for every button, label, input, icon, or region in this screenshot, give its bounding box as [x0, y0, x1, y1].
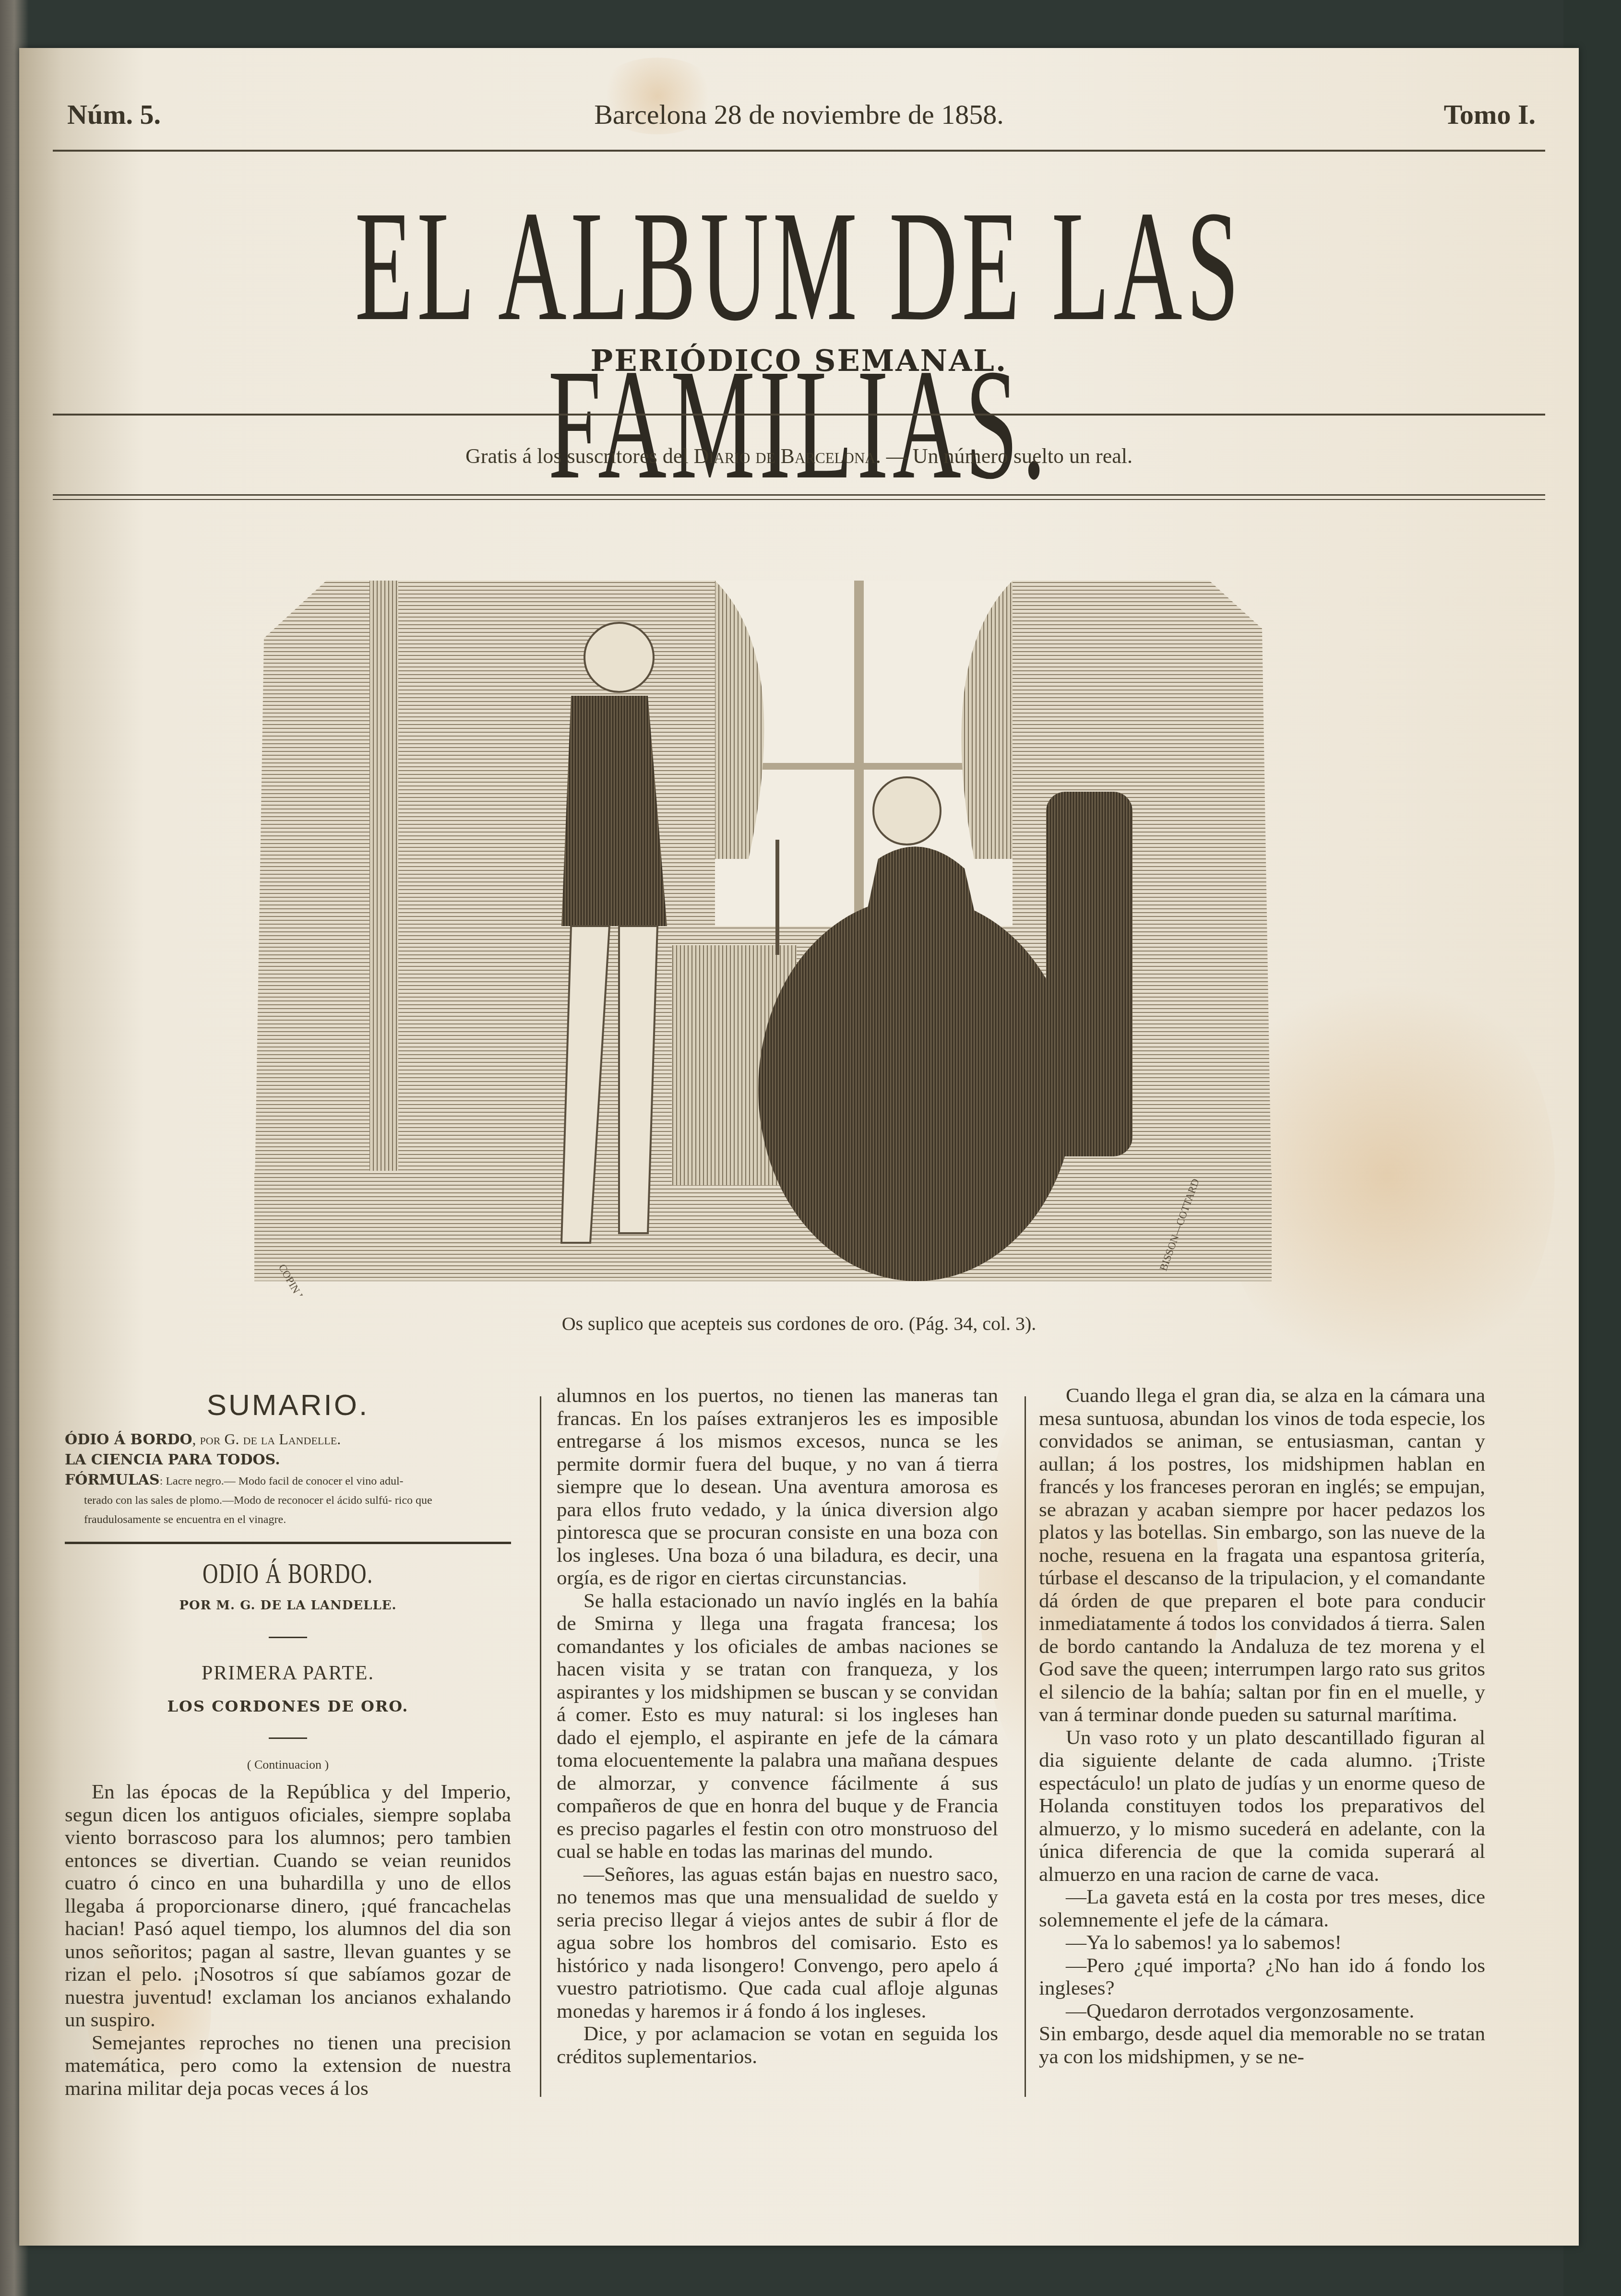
column-1: SUMARIO. ÓDIO Á BORDO, por G. de la Land… — [65, 1384, 511, 2100]
paragraph: —Quedaron derrotados vergonzosamente. — [1039, 2000, 1485, 2023]
column-2: alumnos en los puertos, no tienen las ma… — [557, 1384, 998, 2068]
story-title: ODIO Á BORDO. — [120, 1562, 455, 1585]
paragraph: Un vaso roto y un plato descantillado fi… — [1039, 1726, 1485, 1886]
paragraph: Sin embargo, desde aquel dia memorable n… — [1039, 2022, 1485, 2068]
volume-number: Tomo I. — [1444, 98, 1536, 131]
sumario-rule — [65, 1542, 511, 1544]
paragraph: —Pero ¿qué importa? ¿No han ido á fondo … — [1039, 1954, 1485, 2000]
header-rule — [53, 414, 1545, 416]
paragraph: Semejantes reproches no tienen una preci… — [65, 2032, 511, 2100]
engraving-illustration: COPIN ET C. NARADAN BISSON—COTTARD — [226, 561, 1281, 1296]
header-double-rule — [53, 499, 1545, 500]
subscription-suffix: . — Un número suelto un real. — [876, 444, 1132, 468]
paragraph: Se halla estacionado un navío inglés en … — [557, 1590, 998, 1863]
sumario-item-rest: : Lacre negro.— Modo facil de conocer el… — [160, 1475, 404, 1487]
short-rule — [269, 1737, 307, 1739]
sumario-subtext: terado con las sales de plomo.—Modo de r… — [65, 1491, 511, 1529]
subscription-paper-name: Diario de Barcelona — [693, 444, 875, 468]
short-rule — [269, 1637, 307, 1638]
masthead-rule — [53, 150, 1545, 152]
newspaper-page: Núm. 5. Barcelona 28 de noviembre de 185… — [19, 48, 1579, 2246]
subscription-note: Gratis á los suscritores del Diario de B… — [19, 444, 1579, 468]
paragraph: En las épocas de la República y del Impe… — [65, 1781, 511, 2032]
paragraph: —La gaveta está en la costa por tres mes… — [1039, 1886, 1485, 1931]
paragraph: Dice, y por aclamacion se votan en segui… — [557, 2022, 998, 2068]
sumario-heading: SUMARIO. — [65, 1394, 511, 1417]
paragraph: Cuando llega el gran dia, se alza en la … — [1039, 1384, 1485, 1726]
sumario-item: ÓDIO Á BORDO, por G. de la Landelle. — [65, 1429, 511, 1450]
sumario-item-title: ÓDIO Á BORDO — [65, 1431, 192, 1448]
story-chapter: LOS CORDONES DE ORO. — [65, 1695, 511, 1718]
sumario-item: LA CIENCIA PARA TODOS. — [65, 1450, 511, 1470]
sumario-item-author: , por G. de la Landelle. — [192, 1430, 341, 1448]
sumario-item-title: FÓRMULAS — [65, 1472, 160, 1488]
masthead-dateline: Núm. 5. Barcelona 28 de noviembre de 185… — [53, 98, 1545, 132]
header-double-rule — [53, 494, 1545, 496]
continuation-note: ( Continuacion ) — [65, 1753, 511, 1776]
paragraph: alumnos en los puertos, no tienen las ma… — [557, 1384, 998, 1590]
story-part: PRIMERA PARTE. — [65, 1662, 511, 1685]
newspaper-subtitle: PERIÓDICO SEMANAL. — [19, 343, 1579, 378]
sumario-item: FÓRMULAS: Lacre negro.— Modo facil de co… — [65, 1470, 511, 1491]
sumario-item-title: LA CIENCIA PARA TODOS. — [65, 1451, 280, 1468]
issue-date: Barcelona 28 de noviembre de 1858. — [53, 98, 1545, 131]
column-divider — [1025, 1396, 1026, 2097]
column-3: Cuando llega el gran dia, se alza en la … — [1039, 1384, 1485, 2068]
column-divider — [540, 1396, 541, 2097]
illustration-caption: Os suplico que acepteis sus cordones de … — [19, 1312, 1579, 1335]
story-author: POR M. G. DE LA LANDELLE. — [65, 1594, 511, 1618]
subscription-prefix: Gratis á los suscritores del — [465, 444, 693, 468]
paragraph: —Señores, las aguas están bajas en nuest… — [557, 1863, 998, 2023]
paragraph: —Ya lo sabemos! ya lo sabemos! — [1039, 1931, 1485, 1954]
